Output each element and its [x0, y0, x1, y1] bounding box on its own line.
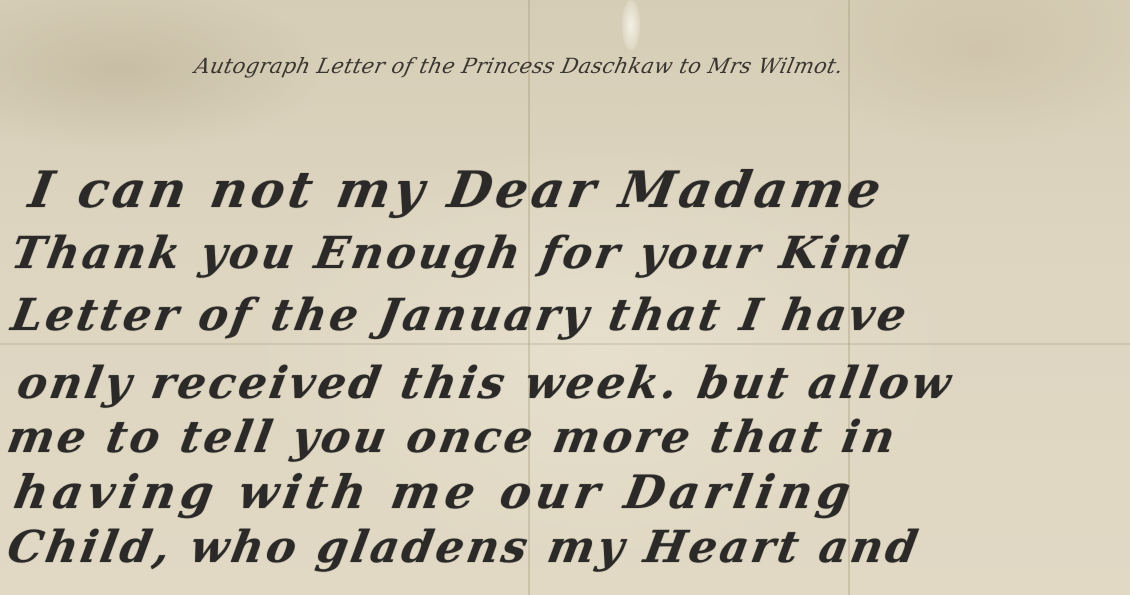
letter-line-6: having with me our Darling	[10, 465, 859, 519]
paper-worn-spot	[622, 0, 640, 50]
letter-line-5: me to tell you once more that in	[4, 412, 902, 463]
letter-line-4: only received this week. but allow	[14, 358, 958, 409]
fold-crease-horizontal	[0, 343, 1130, 345]
letter-page: Autograph Letter of the Princess Daschka…	[0, 0, 1130, 595]
letter-line-7: Child, who gladens my Heart and	[4, 522, 925, 573]
printed-header: Autograph Letter of the Princess Daschka…	[192, 54, 845, 78]
letter-line-3: Letter of the January that I have	[8, 290, 914, 341]
letter-line-1: I can not my Dear Madame	[25, 160, 890, 219]
letter-line-2: Thank you Enough for your Kind	[8, 228, 915, 279]
